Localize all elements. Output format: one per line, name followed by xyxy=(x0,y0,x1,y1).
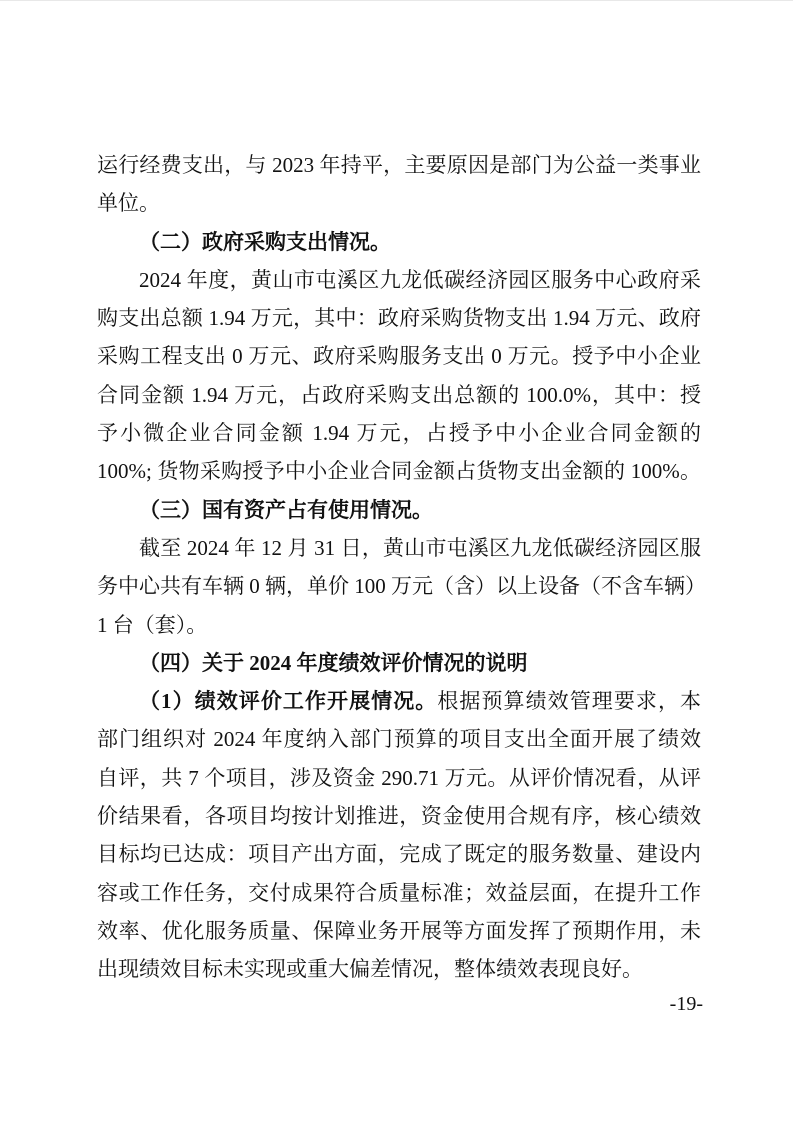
text-line: 自评，共 7 个项目，涉及资金 290.71 万元。从评价情况看，从评 xyxy=(97,759,701,797)
text-run: 根据预算绩效管理要求，本 xyxy=(437,689,701,713)
text-line: 2024 年度，黄山市屯溪区九龙低碳经济园区服务中心政府采 xyxy=(97,261,701,299)
section-heading-3: （三）国有资产占有使用情况。 xyxy=(97,491,701,529)
inline-subheading: （1）绩效评价工作开展情况。 xyxy=(139,689,437,713)
text-line: 1 台（套）。 xyxy=(97,606,701,644)
text-line: 目标均已达成：项目产出方面，完成了既定的服务数量、建设内 xyxy=(97,835,701,873)
text-line: 务中心共有车辆 0 辆，单价 100 万元（含）以上设备（不含车辆） xyxy=(97,567,701,605)
text-line: 100%; 货物采购授予中小企业合同金额占货物支出金额的 100%。 xyxy=(97,452,701,490)
text-line: （1）绩效评价工作开展情况。根据预算绩效管理要求，本 xyxy=(97,682,701,720)
text-line: 容或工作任务，交付成果符合质量标准；效益层面，在提升工作 xyxy=(97,874,701,912)
section-heading-4: （四）关于 2024 年度绩效评价情况的说明 xyxy=(97,644,701,682)
text-line: 价结果看，各项目均按计划推进，资金使用合规有序，核心绩效 xyxy=(97,797,701,835)
page-number: -19- xyxy=(97,993,703,1015)
text-line: 购支出总额 1.94 万元，其中：政府采购货物支出 1.94 万元、政府 xyxy=(97,299,701,337)
text-line: 效率、优化服务质量、保障业务开展等方面发挥了预期作用，未 xyxy=(97,912,701,950)
document-body: 运行经费支出，与 2023 年持平，主要原因是部门为公益一类事业 单位。 （二）… xyxy=(97,146,701,989)
text-line: 予小微企业合同金额 1.94 万元，占授予中小企业合同金额的 xyxy=(97,414,701,452)
text-line: 采购工程支出 0 万元、政府采购服务支出 0 万元。授予中小企业 xyxy=(97,337,701,375)
text-line: 出现绩效目标未实现或重大偏差情况，整体绩效表现良好。 xyxy=(97,950,701,988)
text-line: 部门组织对 2024 年度纳入部门预算的项目支出全面开展了绩效 xyxy=(97,720,701,758)
text-line: 单位。 xyxy=(97,184,701,222)
text-line: 运行经费支出，与 2023 年持平，主要原因是部门为公益一类事业 xyxy=(97,146,701,184)
text-line: 合同金额 1.94 万元，占政府采购支出总额的 100.0%，其中：授 xyxy=(97,376,701,414)
document-page: 运行经费支出，与 2023 年持平，主要原因是部门为公益一类事业 单位。 （二）… xyxy=(0,0,793,1122)
section-heading-2: （二）政府采购支出情况。 xyxy=(97,223,701,261)
text-line: 截至 2024 年 12 月 31 日，黄山市屯溪区九龙低碳经济园区服 xyxy=(97,529,701,567)
